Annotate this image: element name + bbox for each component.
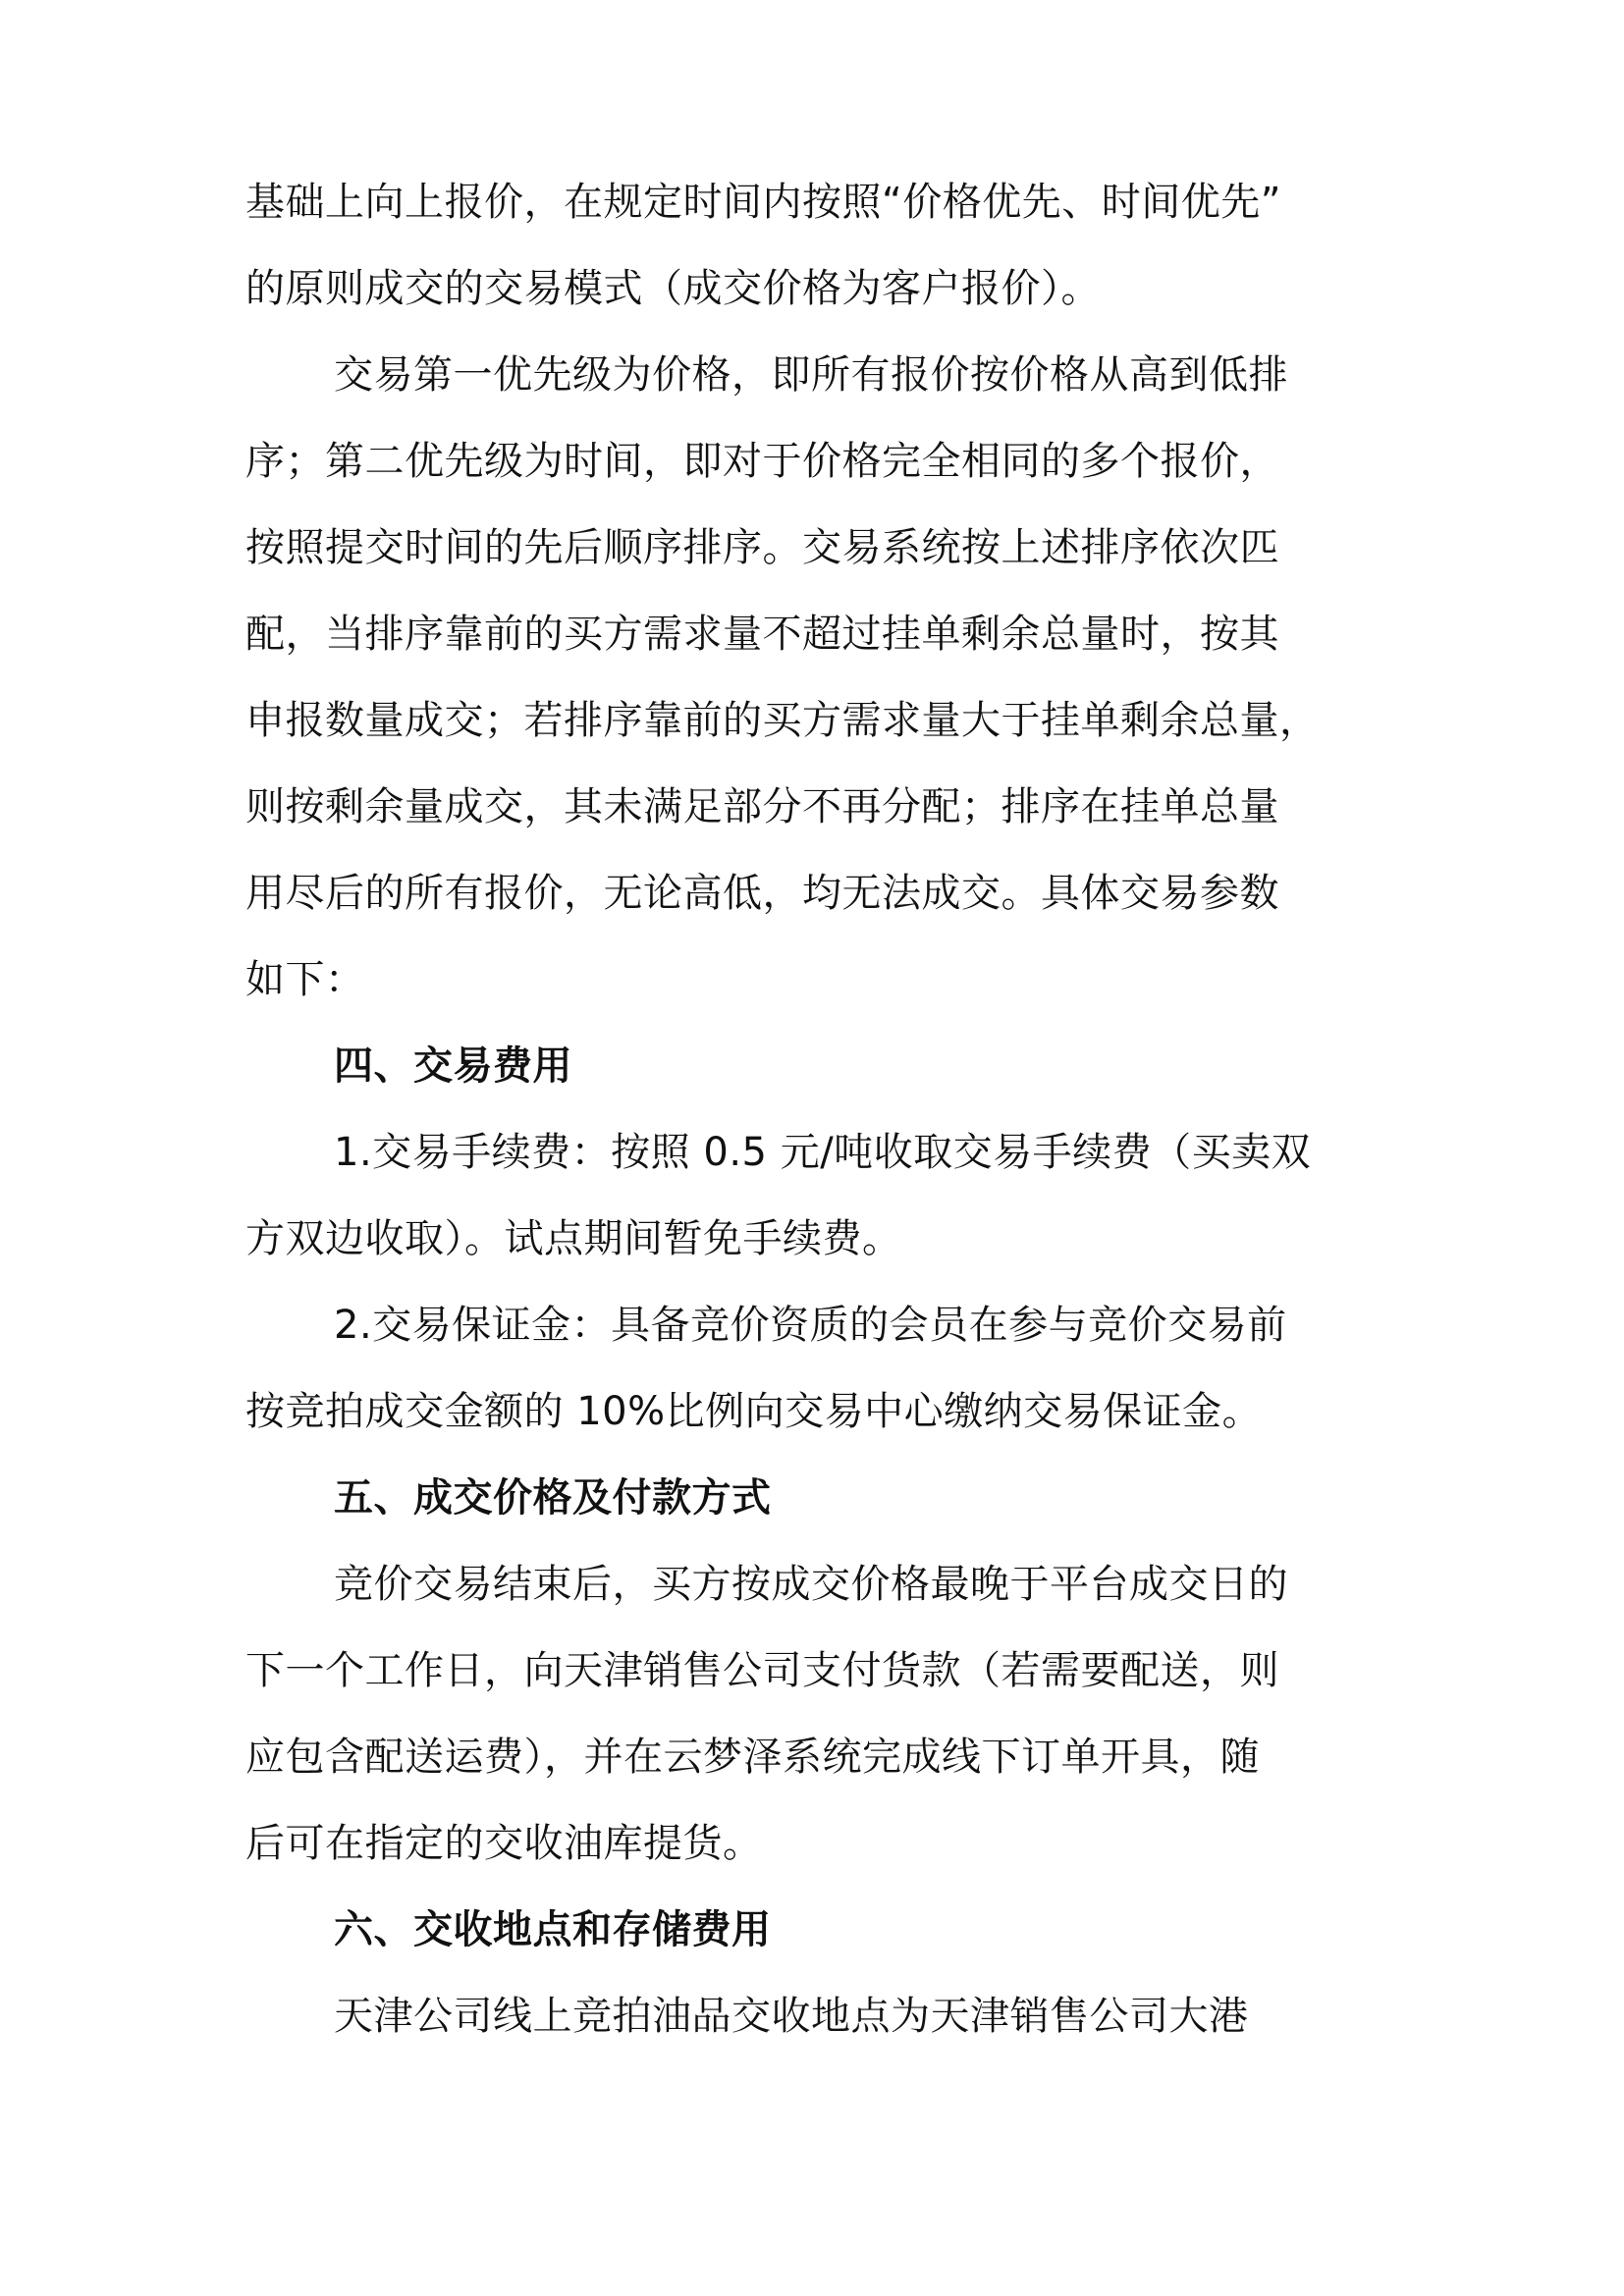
paragraph-line: 下一个工作日，向天津销售公司支付货款（若需要配送，则 — [245, 1628, 1389, 1714]
paragraph-line: 序；第二优先级为时间，即对于价格完全相同的多个报价， — [245, 418, 1389, 505]
paragraph-line: 按照提交时间的先后顺序排序。交易系统按上述排序依次匹 — [245, 505, 1389, 591]
paragraph-line: 则按剩余量成交，其未满足部分不再分配；排序在挂单总量 — [245, 764, 1389, 850]
paragraph-line: 后可在指定的交收油库提货。 — [245, 1800, 1389, 1887]
paragraph-line: 的原则成交的交易模式（成交价格为客户报价）。 — [245, 245, 1389, 332]
section-heading-fees: 四、交易费用 — [245, 1023, 1389, 1109]
paragraph-line: 1.交易手续费：按照 0.5 元/吨收取交易手续费（买卖双 — [245, 1109, 1389, 1196]
paragraph-line: 竞价交易结束后，买方按成交价格最晚于平台成交日的 — [245, 1541, 1389, 1628]
paragraph-line: 2.交易保证金：具备竞价资质的会员在参与竞价交易前 — [245, 1282, 1389, 1368]
section-heading-delivery: 六、交收地点和存储费用 — [245, 1887, 1389, 1973]
section-heading-payment: 五、成交价格及付款方式 — [245, 1455, 1389, 1541]
paragraph-line: 按竞拍成交金额的 10%比例向交易中心缴纳交易保证金。 — [245, 1368, 1389, 1455]
paragraph-line: 配，当排序靠前的买方需求量不超过挂单剩余总量时，按其 — [245, 591, 1389, 677]
paragraph-line: 交易第一优先级为价格，即所有报价按价格从高到低排 — [245, 332, 1389, 418]
paragraph-line: 申报数量成交；若排序靠前的买方需求量大于挂单剩余总量， — [245, 677, 1389, 764]
paragraph-line: 如下： — [245, 936, 1389, 1023]
document-page: 基础上向上报价，在规定时间内按照“价格优先、时间优先” 的原则成交的交易模式（成… — [245, 159, 1389, 2059]
paragraph-line: 应包含配送运费），并在云梦泽系统完成线下订单开具，随 — [245, 1714, 1389, 1800]
paragraph-line: 基础上向上报价，在规定时间内按照“价格优先、时间优先” — [245, 159, 1389, 245]
paragraph-line: 天津公司线上竞拍油品交收地点为天津销售公司大港 — [245, 1973, 1389, 2059]
paragraph-line: 用尽后的所有报价，无论高低，均无法成交。具体交易参数 — [245, 850, 1389, 936]
paragraph-line: 方双边收取）。试点期间暂免手续费。 — [245, 1196, 1389, 1282]
